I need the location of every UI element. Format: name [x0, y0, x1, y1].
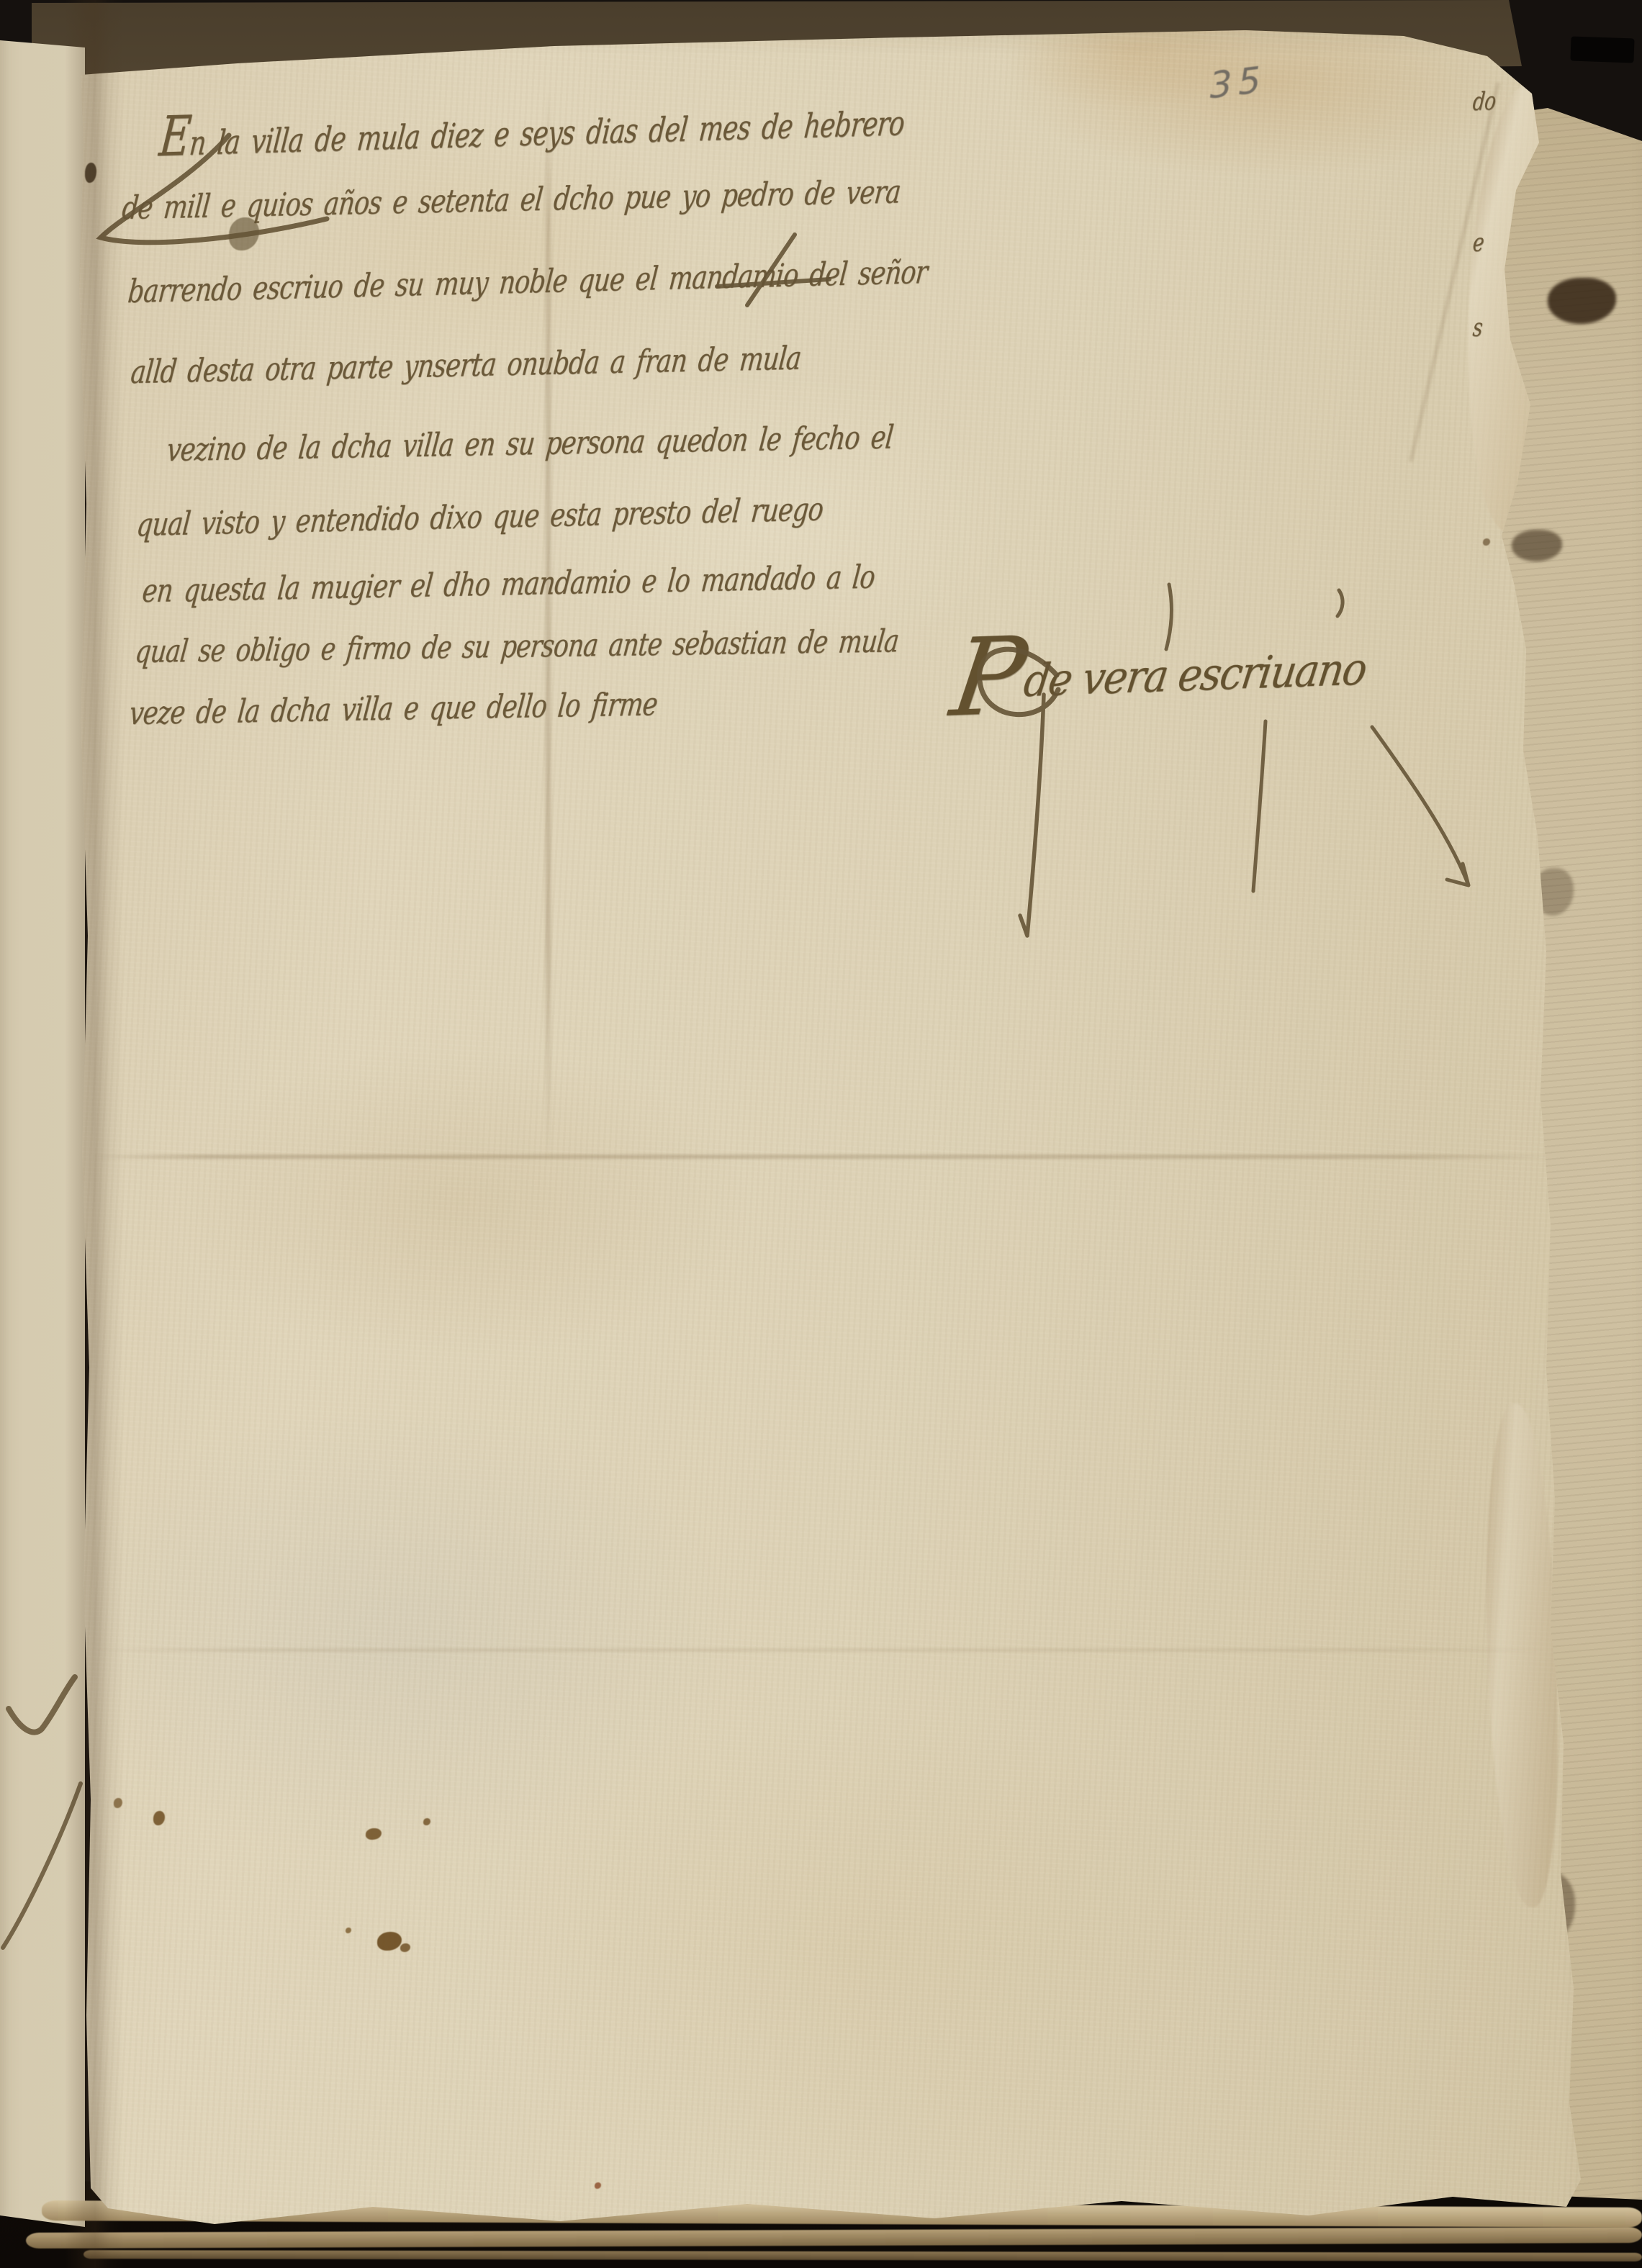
ink-spot [1483, 538, 1490, 546]
ink-spot [85, 163, 96, 183]
torn-edge-crevice [1548, 278, 1616, 324]
ink-spot [114, 1798, 122, 1808]
ink-spot [153, 1811, 165, 1825]
ink-spot [400, 1943, 410, 1952]
ink-spot [346, 1928, 351, 1933]
ink-spot [595, 2182, 601, 2189]
manuscript-page: 35 En la villa de mula diez e seys dias … [0, 0, 1642, 2268]
torn-edge-crevice [1512, 530, 1562, 561]
ink-spot [366, 1828, 382, 1840]
manuscript-scan: alllooreerendeneysonceens del demeardeta… [0, 0, 1642, 2268]
ink-spot [377, 1932, 402, 1951]
ink-spot [423, 1818, 430, 1825]
scanner-background-slot [1570, 36, 1634, 63]
ink-spot-layer [0, 0, 1642, 2268]
ink-spot [229, 217, 259, 250]
